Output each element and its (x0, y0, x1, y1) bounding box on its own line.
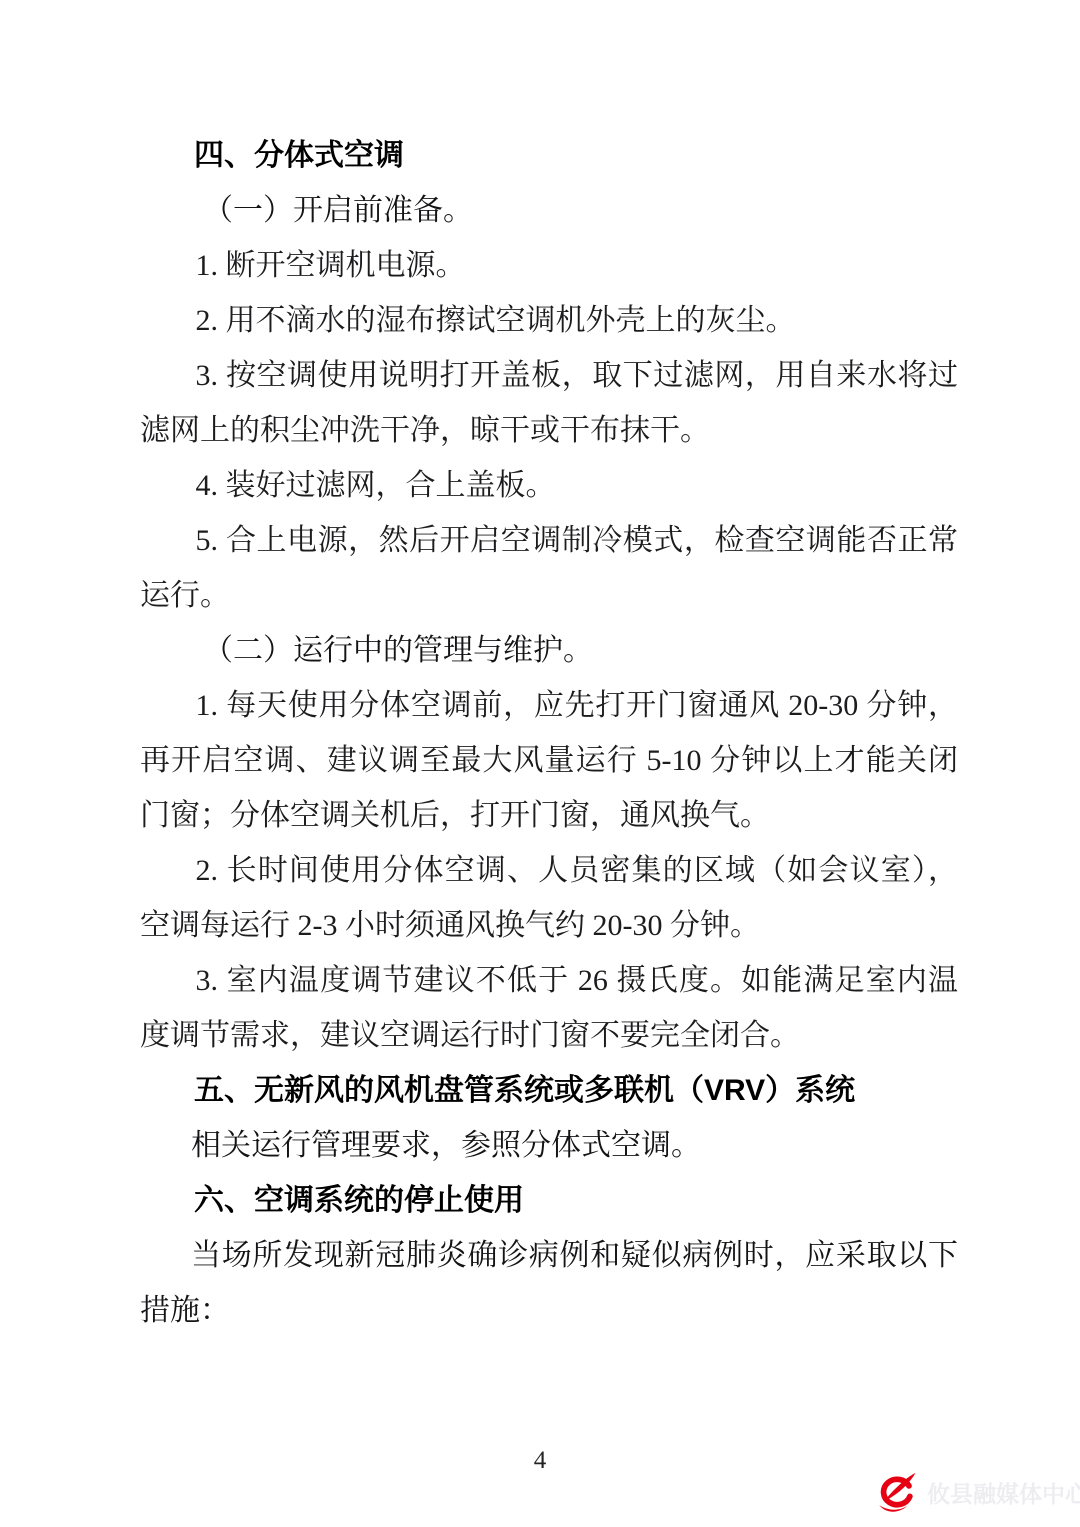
footer-brand: 攸县融媒体中心 (873, 1468, 1080, 1516)
document-body: 四、分体式空调 （一）开启前准备。 1. 断开空调机电源。 2. 用不滴水的湿布… (140, 128, 958, 1338)
watermark-text: 攸县融媒体中心 (927, 1476, 1080, 1509)
document-page: 四、分体式空调 （一）开启前准备。 1. 断开空调机电源。 2. 用不滴水的湿布… (0, 0, 1080, 1527)
media-center-logo-icon (873, 1471, 917, 1513)
list-item: 2. 用不滴水的湿布擦试空调机外壳上的灰尘。 (140, 293, 958, 348)
paragraph: 当场所发现新冠肺炎确诊病例和疑似病例时，应采取以下措施： (140, 1228, 958, 1338)
section-heading-4: 四、分体式空调 (140, 128, 958, 183)
list-item: 3. 按空调使用说明打开盖板，取下过滤网，用自来水将过滤网上的积尘冲洗干净，晾干… (140, 348, 958, 458)
list-item: 1. 断开空调机电源。 (140, 238, 958, 293)
section-heading-6: 六、空调系统的停止使用 (140, 1173, 958, 1228)
list-item: 4. 装好过滤网，合上盖板。 (140, 458, 958, 513)
paragraph: 相关运行管理要求，参照分体式空调。 (140, 1118, 958, 1173)
subsection-heading-1: （一）开启前准备。 (140, 183, 958, 238)
subsection-heading-2: （二）运行中的管理与维护。 (140, 623, 958, 678)
section-heading-5: 五、无新风的风机盘管系统或多联机（VRV）系统 (140, 1063, 958, 1118)
list-item: 3. 室内温度调节建议不低于 26 摄氏度。如能满足室内温度调节需求，建议空调运… (140, 953, 958, 1063)
list-item: 5. 合上电源，然后开启空调制冷模式，检查空调能否正常运行。 (140, 513, 958, 623)
list-item: 2. 长时间使用分体空调、人员密集的区域（如会议室），空调每运行 2-3 小时须… (140, 843, 958, 953)
list-item: 1. 每天使用分体空调前，应先打开门窗通风 20-30 分钟，再开启空调、建议调… (140, 678, 958, 843)
